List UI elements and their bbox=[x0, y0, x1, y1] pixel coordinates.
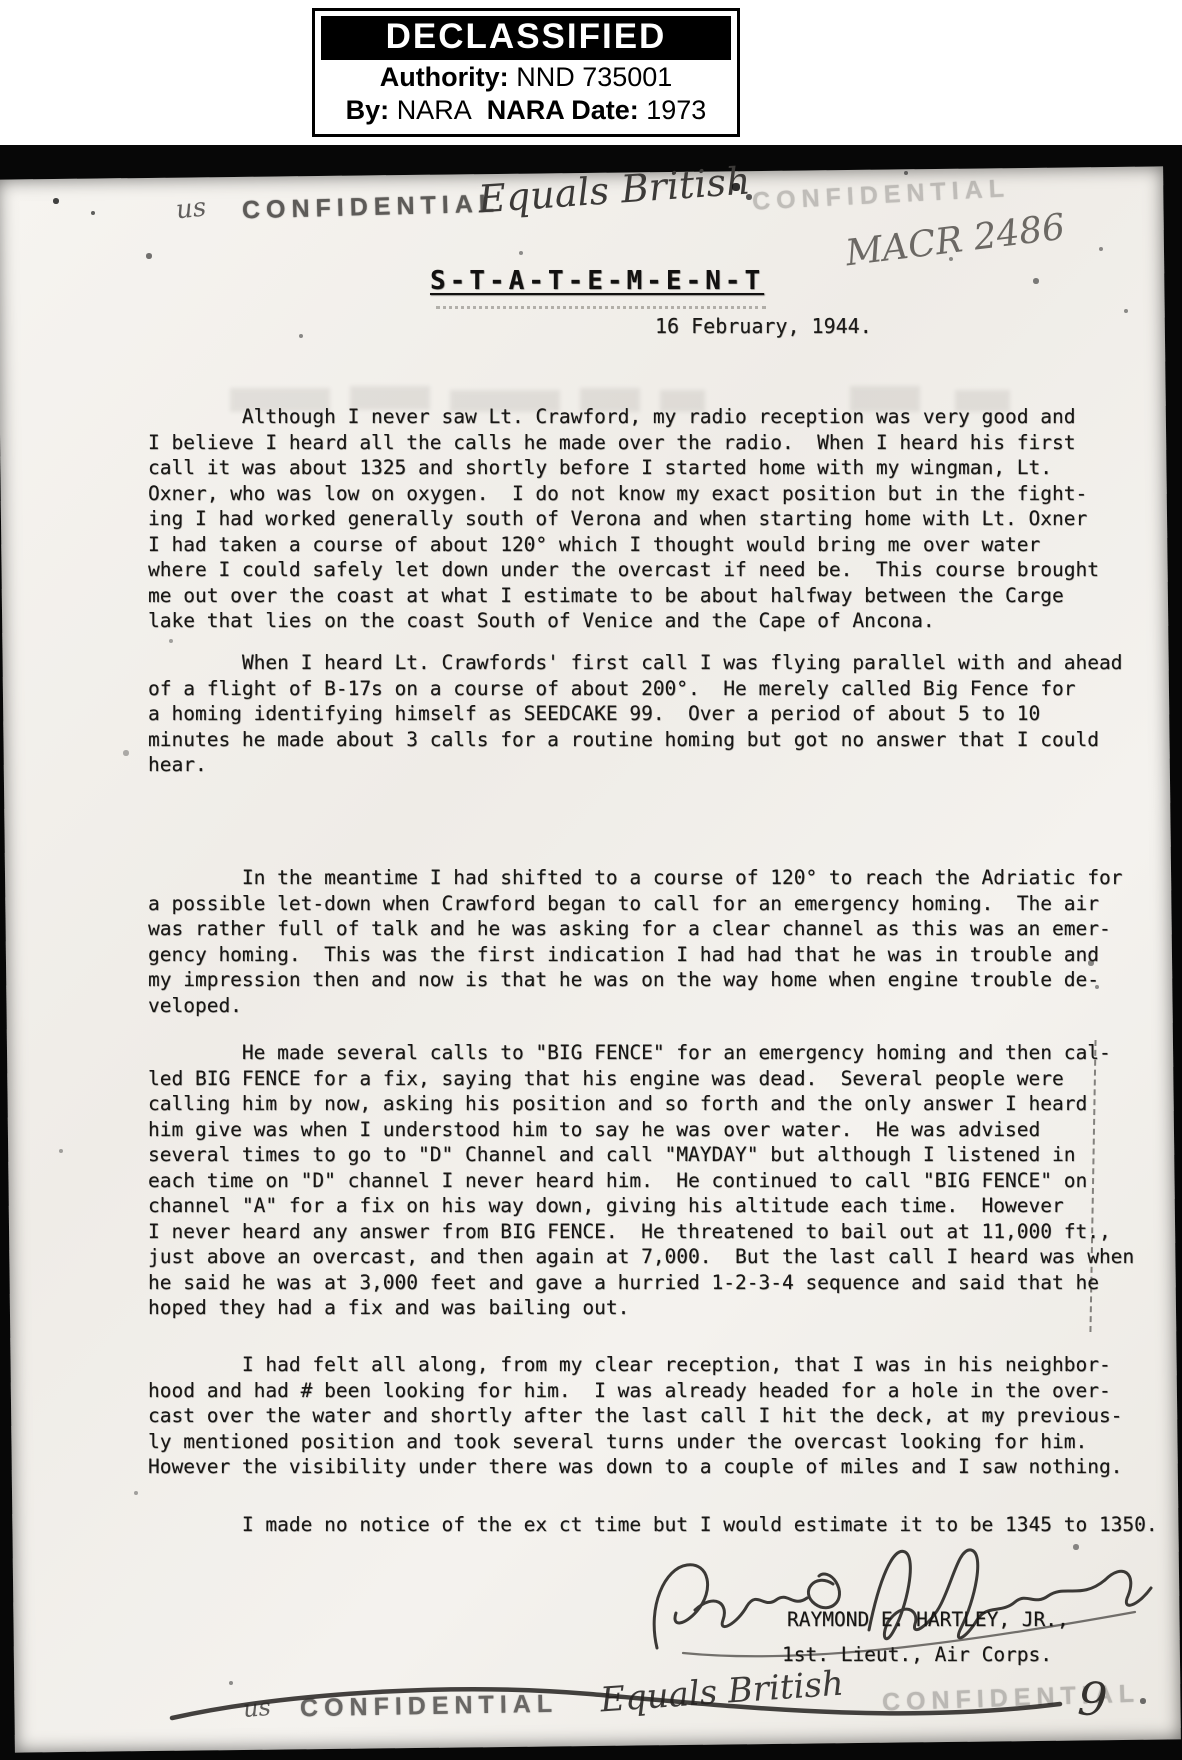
text-line: him give was when I understood him to sa… bbox=[148, 1117, 1134, 1143]
statement-paragraph-6: I made no notice of the ex ct time but I… bbox=[148, 1512, 1158, 1538]
text-line: I made no notice of the ex ct time but I… bbox=[148, 1512, 1158, 1538]
strikethrough-line bbox=[160, 1672, 1090, 1742]
text-line: hear. bbox=[148, 752, 1122, 778]
handwritten-signature bbox=[635, 1540, 1175, 1660]
text-line: a possible let-down when Crawford began … bbox=[148, 891, 1122, 917]
text-line: I had felt all along, from my clear rece… bbox=[148, 1352, 1122, 1378]
text-line: I believe I heard all the calls he made … bbox=[148, 430, 1099, 456]
text-line: he said he was at 3,000 feet and gave a … bbox=[148, 1270, 1134, 1296]
handwritten-macr-number: MACR 2486 bbox=[843, 207, 1067, 275]
text-line: gency homing. This was the first indicat… bbox=[148, 942, 1122, 968]
handwritten-equals-british-top: Equals British bbox=[477, 159, 752, 222]
confidential-stamp-top-right: CONFIDENTIAL bbox=[751, 174, 1010, 216]
signed-name: RAYMOND E. HARTLEY, JR., bbox=[787, 1608, 1069, 1631]
scan-speckles bbox=[0, 0, 2, 2]
page-content-overlay: us CONFIDENTIAL Equals British CONFIDENT… bbox=[0, 0, 1182, 1760]
signed-title: 1st. Lieut., Air Corps. bbox=[782, 1643, 1052, 1666]
text-line: a homing identifying himself as SEEDCAKE… bbox=[148, 701, 1122, 727]
text-line: channel "A" for a fix on his way down, g… bbox=[148, 1193, 1134, 1219]
text-line: When I heard Lt. Crawfords' first call I… bbox=[148, 650, 1122, 676]
text-line: just above an overcast, and then again a… bbox=[148, 1244, 1134, 1270]
text-line: Oxner, who was low on oxygen. I do not k… bbox=[148, 481, 1099, 507]
text-line: ing I had worked generally south of Vero… bbox=[148, 506, 1099, 532]
text-line: was rather full of talk and he was askin… bbox=[148, 916, 1122, 942]
text-line: of a flight of B-17s on a course of abou… bbox=[148, 676, 1122, 702]
text-line: led BIG FENCE for a fix, saying that his… bbox=[148, 1066, 1134, 1092]
text-line: Although I never saw Lt. Crawford, my ra… bbox=[148, 404, 1099, 430]
text-line: my impression then and now is that he wa… bbox=[148, 967, 1122, 993]
statement-paragraph-5: I had felt all along, from my clear rece… bbox=[148, 1352, 1122, 1480]
text-line: hoped they had a fix and was bailing out… bbox=[148, 1295, 1134, 1321]
text-line: cast over the water and shortly after th… bbox=[148, 1403, 1122, 1429]
text-line: I had taken a course of about 120° which… bbox=[148, 532, 1099, 558]
statement-paragraph-1: Although I never saw Lt. Crawford, my ra… bbox=[148, 404, 1099, 634]
text-line: me out over the coast at what I estimate… bbox=[148, 583, 1099, 609]
statement-date: 16 February, 1944. bbox=[655, 314, 872, 338]
text-line: veloped. bbox=[148, 993, 1122, 1019]
text-line: He made several calls to "BIG FENCE" for… bbox=[148, 1040, 1134, 1066]
statement-paragraph-3: In the meantime I had shifted to a cours… bbox=[148, 865, 1122, 1018]
text-line: each time on "D" channel I never heard h… bbox=[148, 1168, 1134, 1194]
faded-marks-under-title bbox=[436, 306, 766, 309]
text-line: I never heard any answer from BIG FENCE.… bbox=[148, 1219, 1134, 1245]
statement-title: S-T-A-T-E-M-E-N-T bbox=[430, 266, 764, 296]
text-line: hood and had # been looking for him. I w… bbox=[148, 1378, 1122, 1404]
text-line: In the meantime I had shifted to a cours… bbox=[148, 865, 1122, 891]
handwritten-us-top: us bbox=[175, 193, 208, 226]
scanned-statement-page: { "declassified": { "title": "DECLASSIFI… bbox=[0, 0, 1182, 1760]
text-line: call it was about 1325 and shortly befor… bbox=[148, 455, 1099, 481]
text-line: lake that lies on the coast South of Ven… bbox=[148, 608, 1099, 634]
text-line: where I could safely let down under the … bbox=[148, 557, 1099, 583]
text-line: calling him by now, asking his position … bbox=[148, 1091, 1134, 1117]
text-line: However the visibility under there was d… bbox=[148, 1454, 1122, 1480]
text-line: several times to go to "D" Channel and c… bbox=[148, 1142, 1134, 1168]
text-line: ly mentioned position and took several t… bbox=[148, 1429, 1122, 1455]
statement-paragraph-2: When I heard Lt. Crawfords' first call I… bbox=[148, 650, 1122, 778]
confidential-stamp-top-left: CONFIDENTIAL bbox=[242, 190, 501, 226]
text-line: minutes he made about 3 calls for a rout… bbox=[148, 727, 1122, 753]
statement-paragraph-4: He made several calls to "BIG FENCE" for… bbox=[148, 1040, 1134, 1321]
